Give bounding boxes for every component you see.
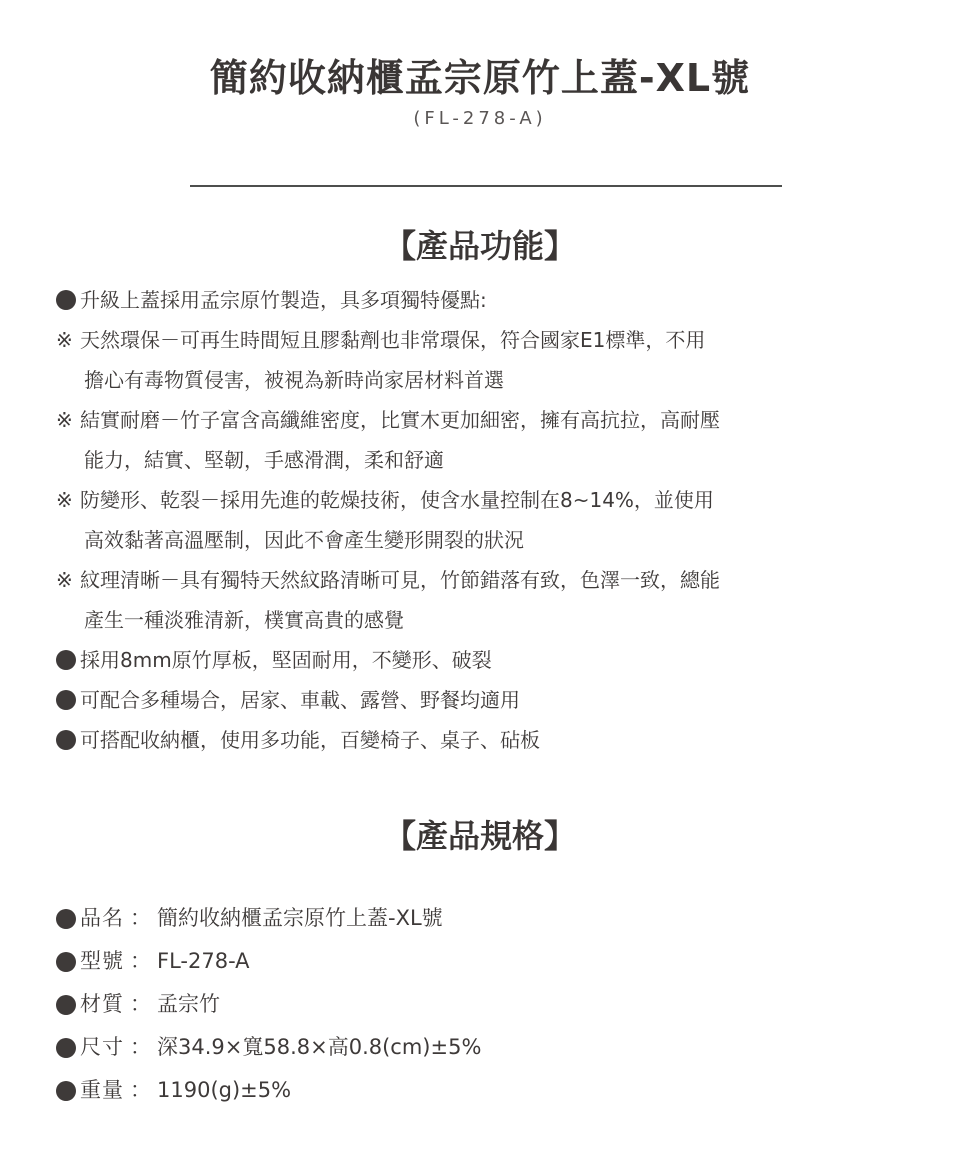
feature-text: 天然環保－可再生時間短且膠黏劑也非常環保，符合國家E1標準，不用 (80, 320, 705, 360)
spec-separator: ： (124, 1026, 157, 1069)
spec-label: 品名 (80, 897, 124, 940)
spec-item-material: 材質 ： 孟宗竹 (56, 983, 756, 1026)
bullet-icon (56, 1081, 76, 1101)
feature-item: ※ 防變形、乾裂－採用先進的乾燥技術，使含水量控制在8~14%，並使用 (56, 480, 916, 520)
spec-separator: ： (124, 983, 157, 1026)
spec-item-weight: 重量 ： 1190(g)±5% (56, 1069, 756, 1112)
reference-mark-icon: ※ (56, 560, 80, 600)
feature-text: 採用8mm原竹厚板，堅固耐用，不變形、破裂 (80, 640, 492, 680)
spec-item-model: 型號 ： FL-278-A (56, 940, 756, 983)
spec-separator: ： (124, 1069, 157, 1112)
features-heading: 【產品功能】 (0, 226, 960, 266)
feature-text: 升級上蓋採用孟宗原竹製造，具多項獨特優點: (80, 280, 487, 320)
product-title: 簡約收納櫃孟宗原竹上蓋-XL號 (0, 54, 960, 102)
feature-text: 結實耐磨－竹子富含高纖維密度，比實木更加細密，擁有高抗拉，高耐壓 (80, 400, 720, 440)
feature-text: 產生一種淡雅清新，樸實高貴的感覺 (84, 600, 404, 640)
feature-item-continuation: 能力，結實、堅韌，手感滑潤，柔和舒適 (56, 440, 916, 480)
spec-label: 重量 (80, 1069, 124, 1112)
reference-mark-icon: ※ (56, 400, 80, 440)
feature-text: 可配合多種場合，居家、車載、露營、野餐均適用 (80, 680, 520, 720)
bullet-icon (56, 290, 76, 310)
features-list: 升級上蓋採用孟宗原竹製造，具多項獨特優點: ※ 天然環保－可再生時間短且膠黏劑也… (56, 280, 916, 760)
spec-label: 尺寸 (80, 1026, 124, 1069)
bullet-icon (56, 730, 76, 750)
reference-mark-icon: ※ (56, 320, 80, 360)
feature-text: 防變形、乾裂－採用先進的乾燥技術，使含水量控制在8~14%，並使用 (80, 480, 714, 520)
spec-label: 材質 (80, 983, 124, 1026)
feature-item: ※ 紋理清晰－具有獨特天然紋路清晰可見，竹節錯落有致，色澤一致，總能 (56, 560, 916, 600)
feature-item-continuation: 高效黏著高溫壓制，因此不會產生變形開裂的狀況 (56, 520, 916, 560)
feature-item: ※ 天然環保－可再生時間短且膠黏劑也非常環保，符合國家E1標準，不用 (56, 320, 916, 360)
spec-separator: ： (124, 940, 157, 983)
header-divider (190, 185, 782, 187)
spec-value: 1190(g)±5% (157, 1069, 291, 1112)
bullet-icon (56, 995, 76, 1015)
spec-value: FL-278-A (157, 940, 250, 983)
spec-item-size: 尺寸 ： 深34.9×寬58.8×高0.8(cm)±5% (56, 1026, 756, 1069)
feature-item: 升級上蓋採用孟宗原竹製造，具多項獨特優點: (56, 280, 916, 320)
spec-label: 型號 (80, 940, 124, 983)
feature-text: 可搭配收納櫃，使用多功能，百變椅子、桌子、砧板 (80, 720, 540, 760)
spec-value: 簡約收納櫃孟宗原竹上蓋-XL號 (157, 897, 443, 940)
reference-mark-icon: ※ (56, 480, 80, 520)
bullet-icon (56, 650, 76, 670)
feature-item-continuation: 產生一種淡雅清新，樸實高貴的感覺 (56, 600, 916, 640)
feature-text: 能力，結實、堅韌，手感滑潤，柔和舒適 (84, 440, 444, 480)
bullet-icon (56, 952, 76, 972)
spec-value: 深34.9×寬58.8×高0.8(cm)±5% (157, 1026, 481, 1069)
bullet-icon (56, 690, 76, 710)
specs-heading: 【產品規格】 (0, 816, 960, 856)
product-model-code: (FL-278-A) (0, 106, 960, 132)
feature-text: 紋理清晰－具有獨特天然紋路清晰可見，竹節錯落有致，色澤一致，總能 (80, 560, 720, 600)
feature-item: 可配合多種場合，居家、車載、露營、野餐均適用 (56, 680, 916, 720)
bullet-icon (56, 909, 76, 929)
bullet-icon (56, 1038, 76, 1058)
feature-item: 可搭配收納櫃，使用多功能，百變椅子、桌子、砧板 (56, 720, 916, 760)
feature-text: 擔心有毒物質侵害，被視為新時尚家居材料首選 (84, 360, 504, 400)
feature-item: ※ 結實耐磨－竹子富含高纖維密度，比實木更加細密，擁有高抗拉，高耐壓 (56, 400, 916, 440)
spec-item-name: 品名 ： 簡約收納櫃孟宗原竹上蓋-XL號 (56, 897, 756, 940)
feature-item-continuation: 擔心有毒物質侵害，被視為新時尚家居材料首選 (56, 360, 916, 400)
specs-list: 品名 ： 簡約收納櫃孟宗原竹上蓋-XL號 型號 ： FL-278-A 材質 ： … (56, 897, 756, 1112)
feature-text: 高效黏著高溫壓制，因此不會產生變形開裂的狀況 (84, 520, 524, 560)
spec-separator: ： (124, 897, 157, 940)
spec-value: 孟宗竹 (157, 983, 220, 1026)
feature-item: 採用8mm原竹厚板，堅固耐用，不變形、破裂 (56, 640, 916, 680)
